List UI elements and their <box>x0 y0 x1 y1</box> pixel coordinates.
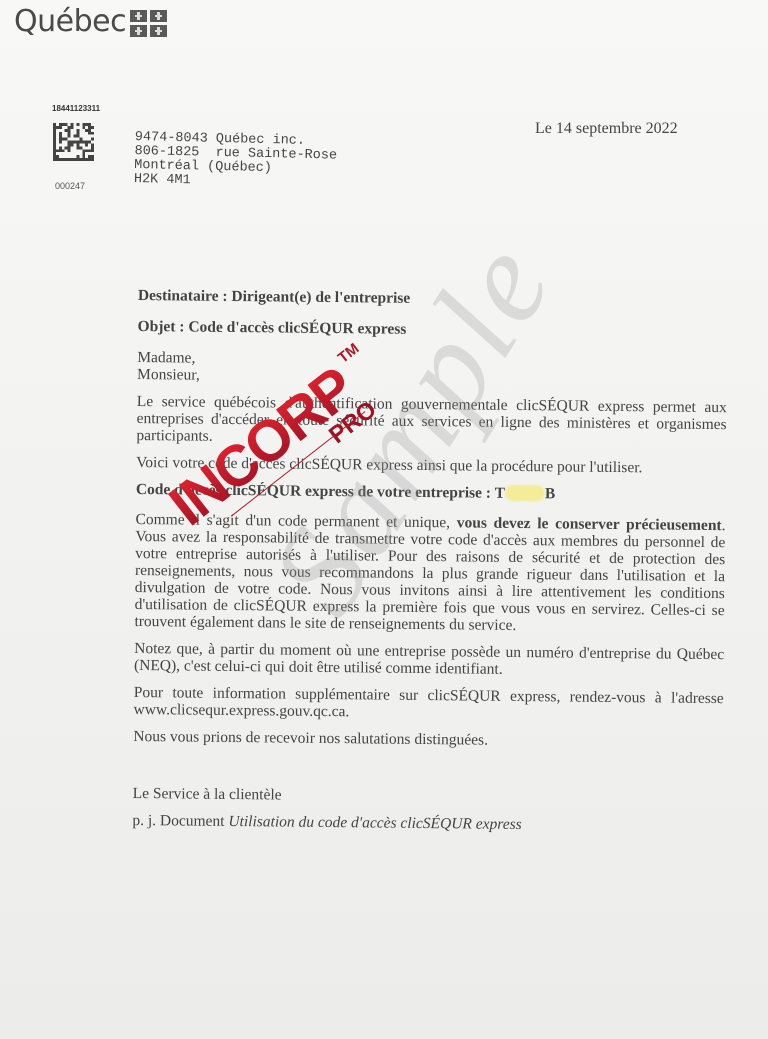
paragraph-closing: Nous vous prions de recevoir nos salutat… <box>133 728 723 751</box>
redacted-code-highlight <box>505 485 545 501</box>
signature: Le Service à la clientèle <box>133 785 723 808</box>
paragraph-code-instructions: Comme il s'agit d'un code permanent et u… <box>134 511 725 636</box>
paragraph-intro: Le service québécois d'authentification … <box>136 393 727 450</box>
attachment-line: p. j. Document Utilisation du code d'acc… <box>132 812 722 835</box>
salutation: Madame, Monsieur, <box>137 349 727 389</box>
recipient-address: 9474-8043 Québec inc. 806-1825 rue Saint… <box>134 131 338 192</box>
paragraph-info: Pour toute information supplémentaire su… <box>133 684 723 724</box>
reference-number: 18441123311 <box>52 104 100 113</box>
letter-date: Le 14 septembre 2022 <box>535 120 678 138</box>
paragraph-neq: Notez que, à partir du moment où une ent… <box>134 640 724 680</box>
logo-wordmark: Québec <box>14 4 126 39</box>
subject-line: Objet : Code d'accès clicSÉQUR express <box>137 318 727 341</box>
letter-body: Destinataire : Dirigeant(e) de l'entrepr… <box>132 287 728 835</box>
document-number: 000247 <box>55 181 85 191</box>
quebec-flag-icon <box>130 10 167 37</box>
paragraph-code-intro: Voici votre code d'accès clicSÉQUR expre… <box>136 454 726 477</box>
quebec-logo: Québec <box>14 4 167 39</box>
access-code-prefix: T <box>495 485 506 502</box>
access-code-suffix: B <box>545 485 556 502</box>
access-code-line: Code d'accès clicSÉQUR express de votre … <box>136 481 726 504</box>
attachment-title: Utilisation du code d'accès clicSÉQUR ex… <box>228 813 521 833</box>
access-code-label: Code d'accès clicSÉQUR express de votre … <box>136 481 495 502</box>
attachment-prefix: p. j. Document <box>132 812 228 830</box>
paragraph-text: . Vous avez la responsabilité de transme… <box>134 517 725 634</box>
recipient-line: Destinataire : Dirigeant(e) de l'entrepr… <box>138 287 728 310</box>
datamatrix-barcode-icon <box>53 123 94 161</box>
